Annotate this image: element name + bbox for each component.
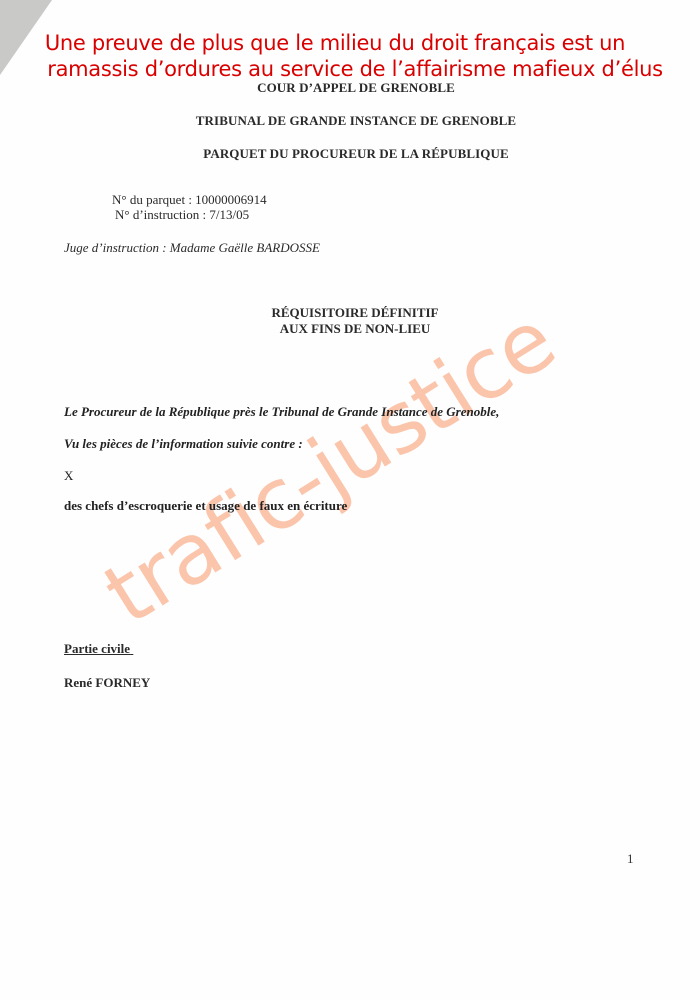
watermark: trafic-justice xyxy=(88,291,571,644)
court-heading: COUR D’APPEL DE GRENOBLE xyxy=(0,80,700,96)
tribunal-heading: TRIBUNAL DE GRANDE INSTANCE DE GRENOBLE xyxy=(0,113,700,129)
title-line-2: AUX FINS DE NON-LIEU xyxy=(0,321,700,337)
accused-party: X xyxy=(64,468,73,484)
investigating-judge: Juge d’instruction : Madame Gaëlle BARDO… xyxy=(64,240,320,256)
document-title: RÉQUISITOIRE DÉFINITIF AUX FINS DE NON-L… xyxy=(0,305,700,337)
procureur-statement: Le Procureur de la République près le Tr… xyxy=(64,404,499,420)
parquet-number: N° du parquet : 10000006914 xyxy=(112,192,267,207)
banner-line-2: ramassis d’ordures au service de l’affai… xyxy=(0,56,700,82)
title-line-1: RÉQUISITOIRE DÉFINITIF xyxy=(0,305,700,321)
instruction-number: N° d’instruction : 7/13/05 xyxy=(112,207,267,222)
document-page: Une preuve de plus que le milieu du droi… xyxy=(0,0,700,1000)
charges-statement: des chefs d’escroquerie et usage de faux… xyxy=(64,498,347,514)
page-number: 1 xyxy=(627,851,634,867)
vu-statement: Vu les pièces de l’information suivie co… xyxy=(64,436,303,452)
case-references: N° du parquet : 10000006914 N° d’instruc… xyxy=(112,192,267,222)
banner-line-1: Une preuve de plus que le milieu du droi… xyxy=(0,30,700,56)
civil-party-label: Partie civile xyxy=(64,641,133,657)
civil-party-name: René FORNEY xyxy=(64,675,150,691)
red-banner-annotation: Une preuve de plus que le milieu du droi… xyxy=(0,30,700,82)
parquet-heading: PARQUET DU PROCUREUR DE LA RÉPUBLIQUE xyxy=(0,146,700,162)
